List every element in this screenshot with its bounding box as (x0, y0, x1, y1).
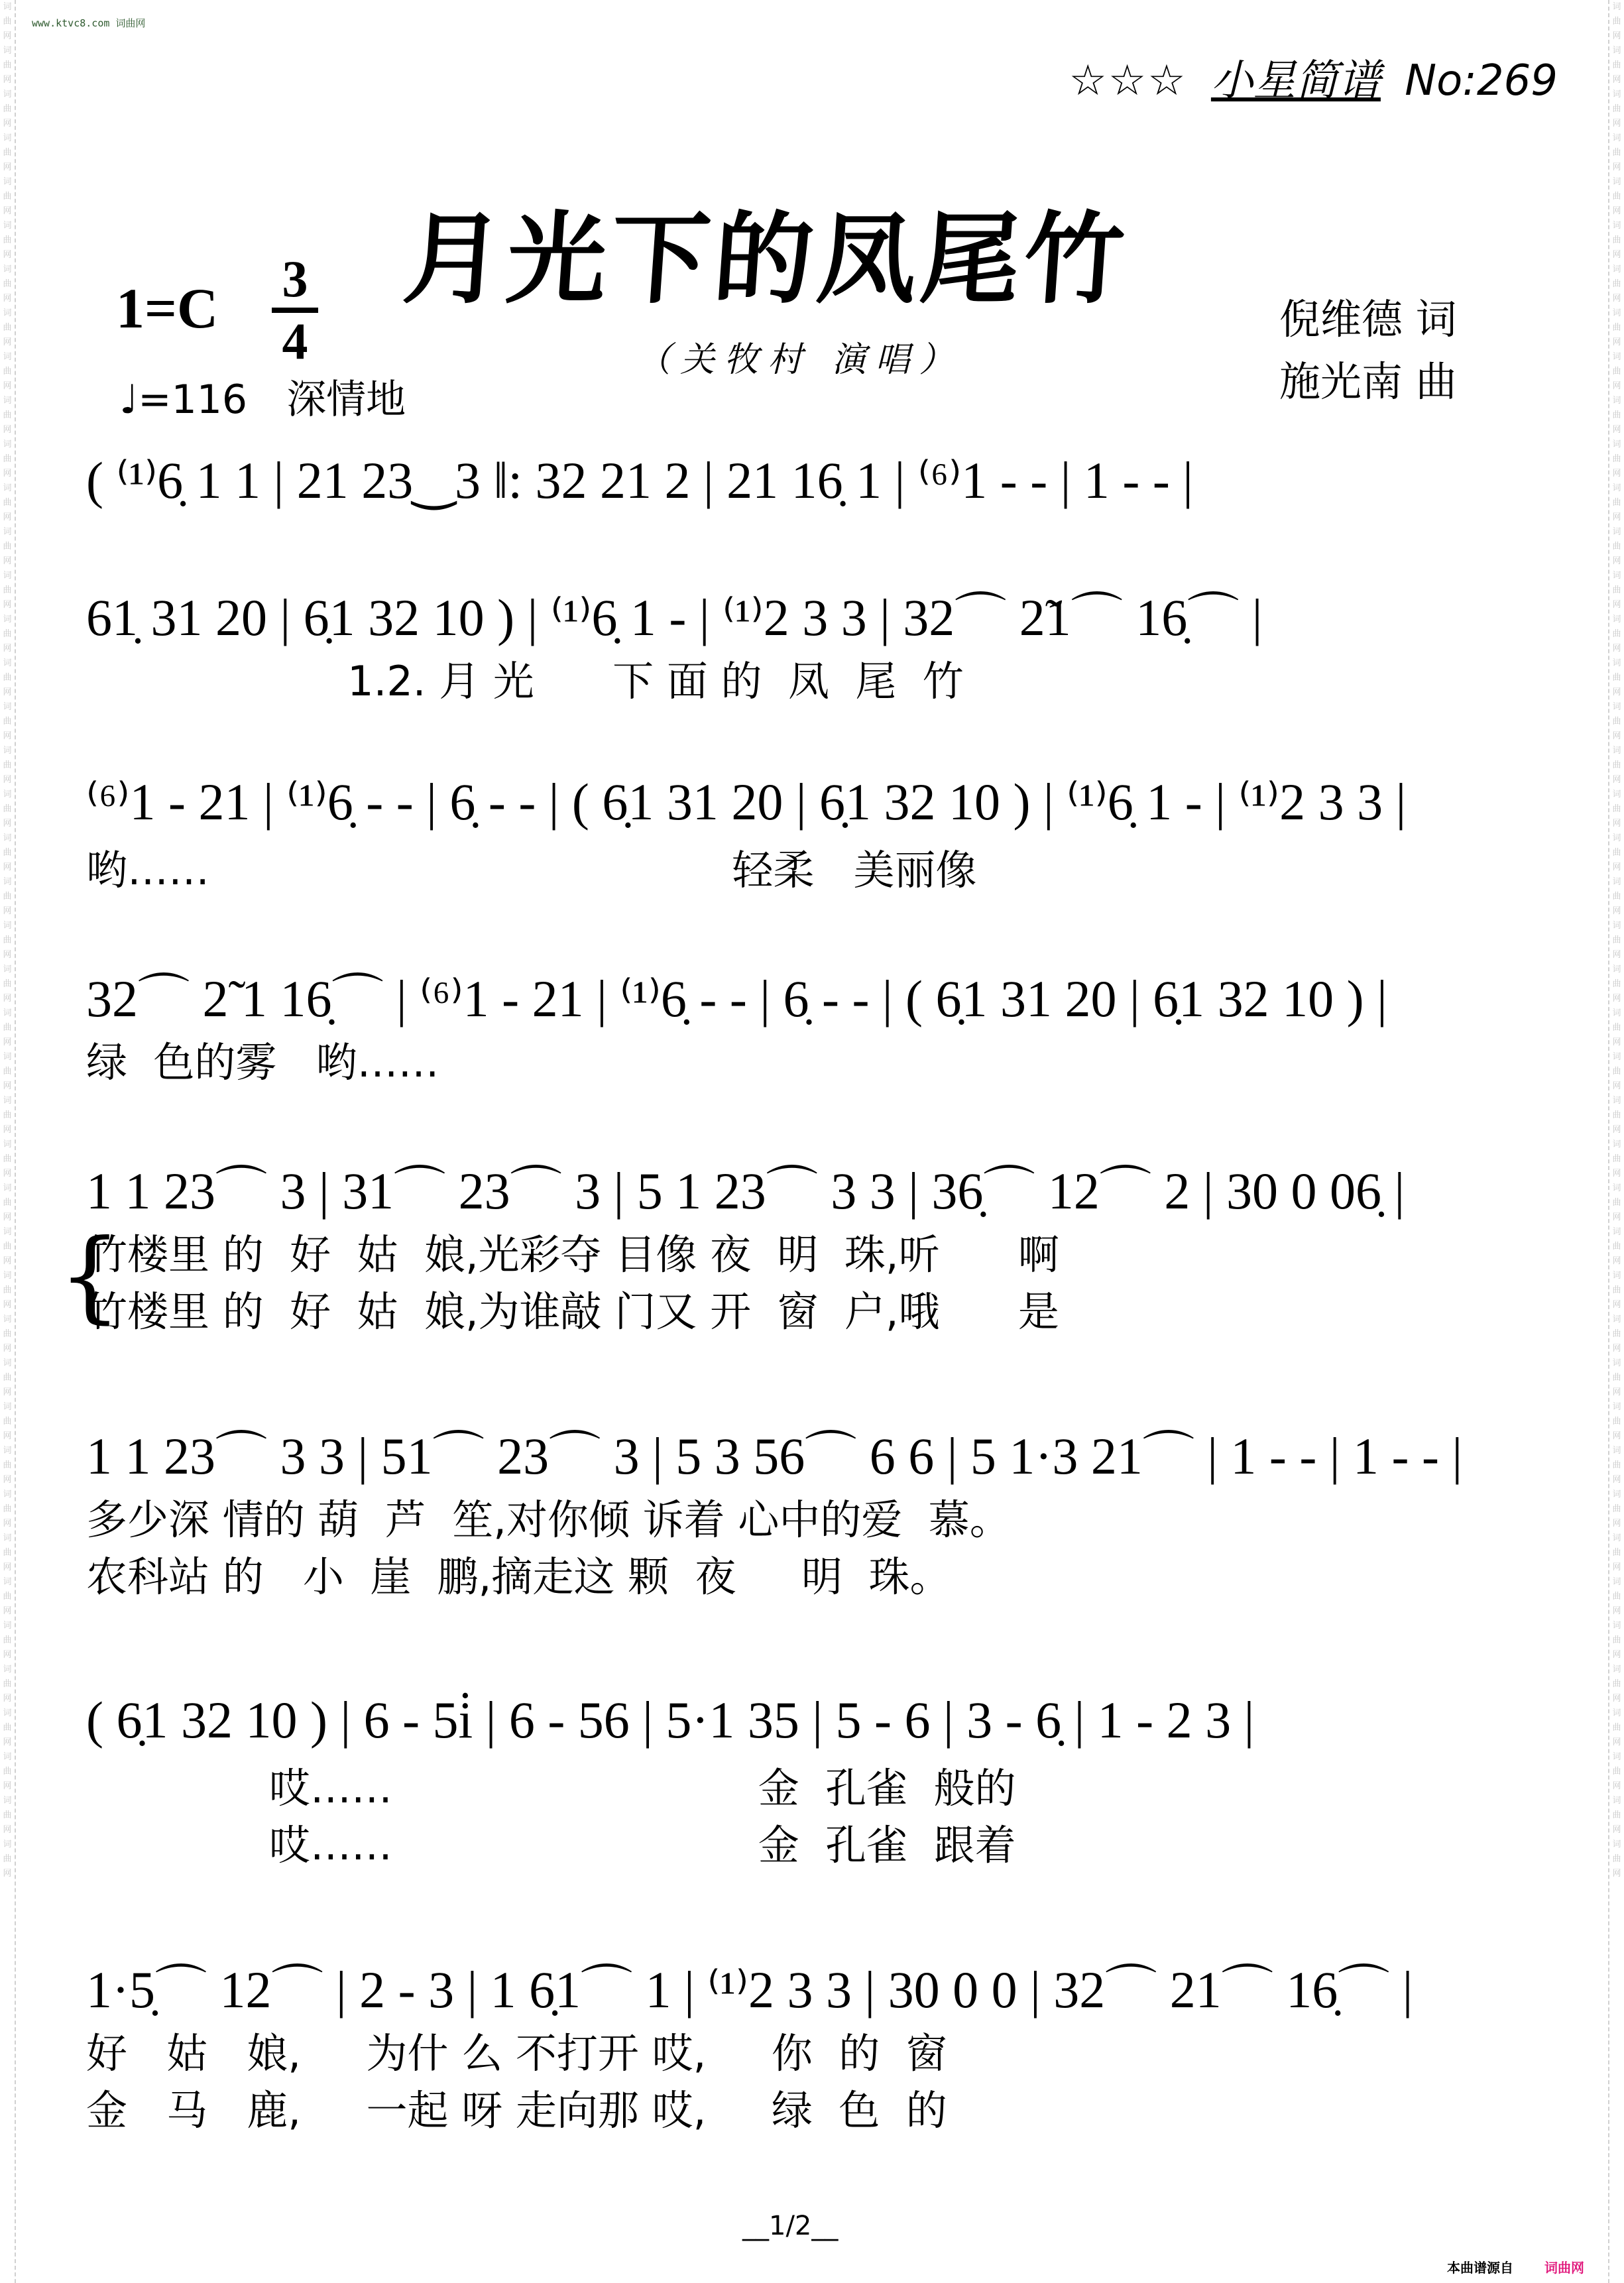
notation-line: ⁽⁶⁾1 - 21 | ⁽¹⁾6̣ - - | 6̣ - - | ( 6̣1 3… (86, 762, 1538, 842)
lyrics-line-verse-1: 竹楼里 的 好 姑 娘,光彩夺 目像 夜 明 珠,听 啊 (86, 1226, 1538, 1283)
lyrics-line-verse-2: 金 马 鹿, 一起 呀 走向那 哎, 绿 色 的 (86, 2082, 1538, 2139)
source-credit: 本曲谱源自 词曲网 (1447, 2257, 1584, 2276)
score-system-8: 1·5̣⌒ 12⌒ | 2 - 3 | 1 6̣1⌒ 1 | ⁽¹⁾2 3 3 … (86, 1946, 1538, 2139)
lyrics-line-verse-1: 哎…… 金 孔雀 般的 (86, 1760, 1538, 1817)
notation-line: 61̣ 31 20 | 6̣1 32 10 ) | ⁽¹⁾6̣ 1 - | ⁽¹… (86, 573, 1538, 653)
source-site-link[interactable]: 词曲网 (1544, 2260, 1584, 2276)
brand-name: 小星简谱 (1211, 56, 1381, 105)
lyrics-line: 1.2. 月 光 下 面 的 凤 尾 竹 (86, 653, 1538, 710)
watermark-strip-left: 词曲网词曲网词曲网词曲网词曲网词曲网词曲网词曲网词曲网词曲网词曲网词曲网词曲网词… (0, 0, 16, 2283)
lyrics-line-verse-1: 好 姑 娘, 为什 么 不打开 哎, 你 的 窗 (86, 2025, 1538, 2082)
notation-line: 1 1 23⌒ 3 | 31⌒ 23⌒ 3 | 5 1 23⌒ 3 3 | 36… (86, 1147, 1538, 1226)
quarter-note-icon: ♩=116 (119, 377, 247, 423)
time-signature-top: 3 (272, 252, 318, 306)
notation-line: 1 1 23⌒ 3 3 | 51⌒ 23⌒ 3 | 5 3 56⌒ 6 6 | … (86, 1412, 1538, 1492)
lyrics-line: 绿 色的雾 哟…… (86, 1034, 1538, 1091)
lyrics-line-verse-1: 多少深 情的 葫 芦 笙,对你倾 诉着 心中的爱 慕。 (86, 1492, 1538, 1549)
song-title: 月光下的凤尾竹 (399, 179, 1133, 322)
score-number: No:269 (1405, 56, 1558, 105)
tempo-marking: ♩=116 深情地 (119, 368, 406, 425)
notation-line: ( 6̣1 32 10 ) | 6 - 5i̇ | 6 - 56 | 5·1 3… (86, 1680, 1538, 1760)
lyricist: 倪维德 词 (1279, 288, 1457, 351)
time-signature: 3 4 (272, 252, 318, 369)
credits: 倪维德 词 施光南 曲 (1279, 288, 1457, 413)
verse-brace: { (58, 1226, 121, 1326)
performer: （关牧村 演唱） (636, 331, 963, 381)
notation-line: ( ⁽¹⁾6̣ 1 1 | 21 23‿3 ‖: 32 21 2 | 21 16… (86, 441, 1538, 520)
score-system-5: 1 1 23⌒ 3 | 31⌒ 23⌒ 3 | 5 1 23⌒ 3 3 | 36… (86, 1147, 1538, 1340)
source-label: 本曲谱源自 (1447, 2260, 1513, 2276)
site-url-watermark: www.ktvc8.com 词曲网 (32, 16, 145, 30)
star-icon: ☆☆☆ (1069, 56, 1187, 105)
page-number: __1/2__ (742, 2211, 838, 2241)
score-system-7: ( 6̣1 32 10 ) | 6 - 5i̇ | 6 - 56 | 5·1 3… (86, 1680, 1538, 1874)
expression-marking: 深情地 (286, 377, 406, 423)
notation-line: 32⌒ 2̃ 1 16̣⌒ | ⁽⁶⁾1 - 21 | ⁽¹⁾6̣ - - | … (86, 955, 1538, 1034)
brand-header: ☆☆☆ 小星简谱 No:269 (1069, 46, 1558, 107)
watermark-strip-right: 词曲网词曲网词曲网词曲网词曲网词曲网词曲网词曲网词曲网词曲网词曲网词曲网词曲网词… (1608, 0, 1624, 2283)
score-system-3: ⁽⁶⁾1 - 21 | ⁽¹⁾6̣ - - | 6̣ - - | ( 6̣1 3… (86, 762, 1538, 899)
score-system-6: 1 1 23⌒ 3 3 | 51⌒ 23⌒ 3 | 5 3 56⌒ 6 6 | … (86, 1412, 1538, 1606)
lyrics-line-verse-2: 竹楼里 的 好 姑 娘,为谁敲 门又 开 窗 户,哦 是 (86, 1283, 1538, 1340)
lyrics-line-verse-2: 农科站 的 小 崖 鹏,摘走这 颗 夜 明 珠。 (86, 1549, 1538, 1606)
lyrics-line-verse-2: 哎…… 金 孔雀 跟着 (86, 1817, 1538, 1874)
score-system-4: 32⌒ 2̃ 1 16̣⌒ | ⁽⁶⁾1 - 21 | ⁽¹⁾6̣ - - | … (86, 955, 1538, 1091)
lyrics-line: 哟…… 轻柔 美丽像 (86, 842, 1538, 899)
score-system-2: 61̣ 31 20 | 6̣1 32 10 ) | ⁽¹⁾6̣ 1 - | ⁽¹… (86, 573, 1538, 710)
composer: 施光南 曲 (1279, 351, 1457, 413)
score-system-1: ( ⁽¹⁾6̣ 1 1 | 21 23‿3 ‖: 32 21 2 | 21 16… (86, 441, 1538, 520)
notation-line: 1·5̣⌒ 12⌒ | 2 - 3 | 1 6̣1⌒ 1 | ⁽¹⁾2 3 3 … (86, 1946, 1538, 2025)
key-signature: 1=C (116, 275, 218, 341)
time-signature-bottom: 4 (272, 314, 318, 369)
